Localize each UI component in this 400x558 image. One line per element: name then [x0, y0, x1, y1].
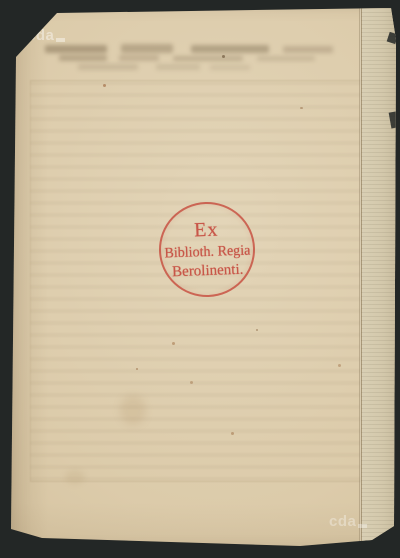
watermark-underscore-icon: [358, 524, 367, 528]
bleedthrough-mark: [59, 55, 107, 61]
edge-tear: [389, 112, 399, 129]
bleedthrough-mark: [173, 56, 243, 61]
stamp-line-ex: Ex: [194, 220, 219, 241]
foxing-spot: [231, 432, 234, 435]
bleedthrough-mark: [283, 46, 333, 53]
stamp-line-berolinenti: Berolinenti.: [172, 262, 244, 279]
bleedthrough-mark: [119, 55, 159, 61]
foxing-spot: [300, 107, 303, 109]
bleedthrough-mark: [191, 45, 269, 53]
watermark-cda-top-left: cda: [27, 28, 65, 43]
bleedthrough-mark: [156, 64, 200, 70]
bleedthrough-mark: [45, 45, 107, 53]
watermark-underscore-icon: [56, 38, 65, 42]
watermark-cda-bottom-right: cda: [329, 514, 367, 529]
foxing-spot: [136, 368, 138, 370]
foxing-stain: [120, 395, 146, 425]
bleedthrough-mark: [257, 56, 315, 61]
scan-background: Ex Biblioth. Regia Berolinenti. cda cda: [0, 0, 400, 558]
watermark-text: cda: [329, 514, 356, 529]
foxing-spot: [103, 84, 106, 87]
foxing-stain: [65, 470, 85, 484]
bleedthrough-band-strong: [45, 44, 347, 62]
foxing-spot: [222, 55, 225, 58]
foxing-spot: [172, 342, 175, 345]
book-fore-edge: [361, 0, 397, 558]
foxing-spot: [338, 364, 341, 367]
stamp-line-biblioth-regia: Biblioth. Regia: [164, 244, 250, 261]
foxing-spot: [190, 381, 193, 384]
page-fold-crease: [359, 0, 361, 558]
watermark-text: cda: [27, 28, 54, 43]
bleedthrough-mark: [121, 44, 173, 53]
bleedthrough-mark: [78, 64, 138, 70]
foxing-spot: [256, 329, 258, 331]
bleedthrough-mark: [210, 65, 250, 70]
bleedthrough-band-faint: [70, 63, 260, 72]
book-page: Ex Biblioth. Regia Berolinenti. cda cda: [0, 0, 400, 558]
